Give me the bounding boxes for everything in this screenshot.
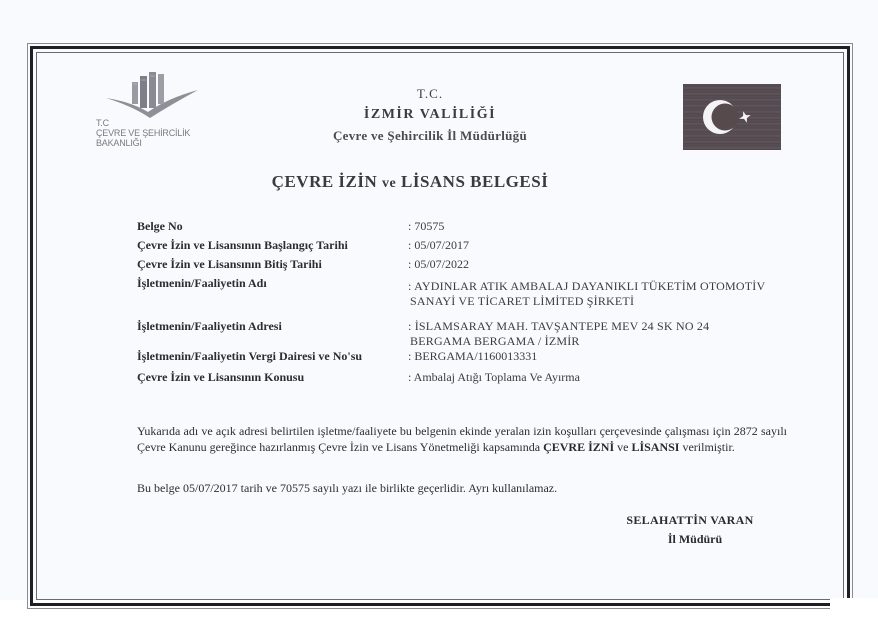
field-value: : 70575 xyxy=(408,219,444,234)
field-label: Çevre İzin ve Lisansının Bitiş Tarihi xyxy=(137,257,322,272)
field-value-line-2: BERGAMA BERGAMA / İZMİR xyxy=(410,334,580,349)
ministry-logo: T.C ÇEVRE VE ŞEHİRCİLİK BAKANLIĞI xyxy=(96,68,216,168)
title-part-3: LİSANS BELGESİ xyxy=(401,172,548,191)
field-label: İşletmenin/Faaliyetin Vergi Dairesi ve N… xyxy=(137,349,362,364)
field-label: Çevre İzin ve Lisansının Başlangıç Tarih… xyxy=(137,238,348,253)
logo-text-tc: T.C xyxy=(96,118,190,128)
field-value-line-1: : AYDINLAR ATIK AMBALAJ DAYANIKLI TÜKETİ… xyxy=(408,279,765,294)
license-statement: Yukarıda adı ve açık adresi belirtilen i… xyxy=(137,423,787,455)
title-part-1: ÇEVRE İZİN xyxy=(272,172,378,191)
signature-block: SELAHATTİN VARAN İl Müdürü xyxy=(600,510,780,548)
validity-note: Bu belge 05/07/2017 tarih ve 70575 sayıl… xyxy=(137,481,737,496)
field-value-line-2: SANAYİ VE TİCARET LİMİTED ŞİRKETİ xyxy=(410,294,634,309)
field-value-line-1: : İSLAMSARAY MAH. TAVŞANTEPE MEV 24 SK N… xyxy=(408,319,709,334)
statement-bold-license: LİSANSI xyxy=(631,440,679,454)
field-value: : Ambalaj Atığı Toplama Ve Ayırma xyxy=(408,370,580,385)
field-label: Çevre İzin ve Lisansının Konusu xyxy=(137,370,304,385)
header-governorship: İZMİR VALİLİĞİ xyxy=(280,104,580,126)
logo-text-bakanligi: BAKANLIĞI xyxy=(96,138,190,148)
signatory-title: İl Müdürü xyxy=(600,530,780,548)
document-header: T.C. İZMİR VALİLİĞİ Çevre ve Şehircilik … xyxy=(280,84,580,146)
field-label: İşletmenin/Faaliyetin Adı xyxy=(137,276,267,291)
field-value: : BERGAMA/1160013331 xyxy=(408,349,537,364)
ministry-emblem-icon xyxy=(102,68,202,118)
document-title: ÇEVRE İZİN ve LİSANS BELGESİ xyxy=(230,172,590,192)
field-value: : 05/07/2017 xyxy=(408,238,469,253)
statement-and: ve xyxy=(617,440,628,454)
logo-text-ministry: ÇEVRE VE ŞEHİRCİLİK xyxy=(96,128,190,138)
title-part-2: ve xyxy=(382,176,396,191)
field-label: İşletmenin/Faaliyetin Adresi xyxy=(137,319,282,334)
header-directorate: Çevre ve Şehircilik İl Müdürlüğü xyxy=(280,126,580,146)
scan-edge xyxy=(830,598,878,638)
header-republic: T.C. xyxy=(280,84,580,104)
turkish-flag-icon xyxy=(683,84,781,150)
statement-end: verilmiştir. xyxy=(682,440,734,454)
signatory-name: SELAHATTİN VARAN xyxy=(600,510,780,530)
field-label: Belge No xyxy=(137,219,183,234)
field-value: : 05/07/2022 xyxy=(408,257,469,272)
statement-bold-permit: ÇEVRE İZNİ xyxy=(543,440,614,454)
